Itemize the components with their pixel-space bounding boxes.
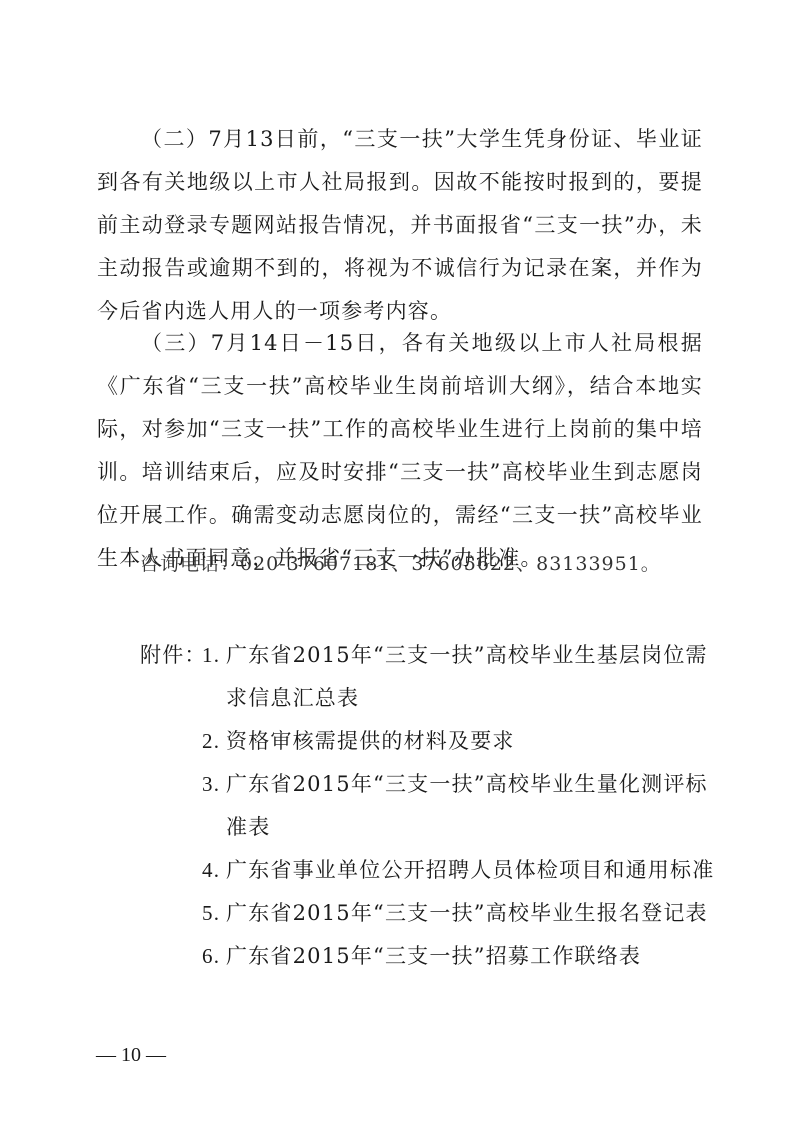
attachment-title: 广东省2015年“三支一扶”招募工作联络表 bbox=[226, 935, 717, 978]
attachment-number: 4. bbox=[202, 849, 226, 892]
attachment-number: 1. bbox=[202, 634, 226, 720]
attachment-number: 2. bbox=[202, 720, 226, 763]
document-page: （二）7月13日前，“三支一扶”大学生凭身份证、毕业证到各有关地级以上市人社局报… bbox=[0, 0, 800, 1132]
attachment-title: 广东省2015年“三支一扶”高校毕业生量化测评标准表 bbox=[226, 763, 717, 849]
attachments-list: 1. 广东省2015年“三支一扶”高校毕业生基层岗位需求信息汇总表 2. 资格审… bbox=[202, 634, 717, 978]
contact-phone-line: 咨询电话：020-37607181、37605622、83133951。 bbox=[140, 549, 661, 579]
attachment-item-3: 3. 广东省2015年“三支一扶”高校毕业生量化测评标准表 bbox=[202, 763, 717, 849]
page-number: — 10 — bbox=[96, 1041, 166, 1069]
attachment-number: 5. bbox=[202, 892, 226, 935]
paragraph-section-3: （三）7月14日－15日，各有关地级以上市人社局根据《广东省“三支一扶”高校毕业… bbox=[97, 322, 703, 580]
attachment-item-1: 1. 广东省2015年“三支一扶”高校毕业生基层岗位需求信息汇总表 bbox=[202, 634, 717, 720]
attachment-title: 广东省事业单位公开招聘人员体检项目和通用标准 bbox=[226, 849, 717, 892]
attachment-item-5: 5. 广东省2015年“三支一扶”高校毕业生报名登记表 bbox=[202, 892, 717, 935]
attachment-number: 6. bbox=[202, 935, 226, 978]
attachment-item-6: 6. 广东省2015年“三支一扶”招募工作联络表 bbox=[202, 935, 717, 978]
attachment-title: 广东省2015年“三支一扶”高校毕业生基层岗位需求信息汇总表 bbox=[226, 634, 717, 720]
attachment-item-4: 4. 广东省事业单位公开招聘人员体检项目和通用标准 bbox=[202, 849, 717, 892]
paragraph-section-2: （二）7月13日前，“三支一扶”大学生凭身份证、毕业证到各有关地级以上市人社局报… bbox=[97, 118, 703, 333]
attachment-item-2: 2. 资格审核需提供的材料及要求 bbox=[202, 720, 717, 763]
attachment-title: 资格审核需提供的材料及要求 bbox=[226, 720, 717, 763]
attachment-title: 广东省2015年“三支一扶”高校毕业生报名登记表 bbox=[226, 892, 717, 935]
attachments-label: 附件： bbox=[140, 634, 207, 677]
attachment-number: 3. bbox=[202, 763, 226, 849]
